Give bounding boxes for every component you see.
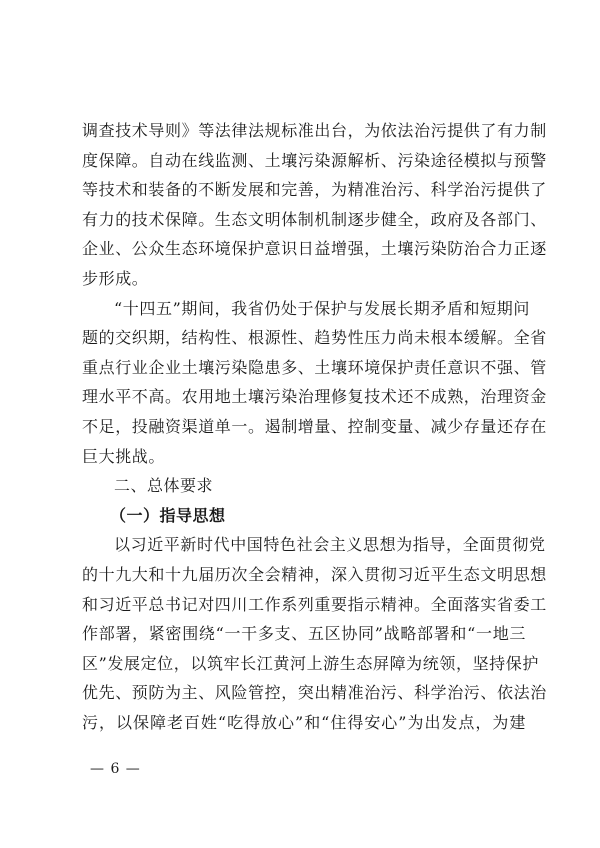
text-line: 区”发展定位，以筑牢长江黄河上游生态屏障为统领，坚持保护 [82, 649, 526, 679]
text-line: 题的交织期，结构性、根源性、趋势性压力尚未根本缓解。全省 [82, 323, 526, 353]
text-line: 巨大挑战。 [82, 442, 526, 472]
paragraph-guiding-ideology: 以习近平新时代中国特色社会主义思想为指导，全面贯彻党 的十九大和十九届历次全会精… [82, 530, 526, 737]
text-line: “十四五”期间，我省仍处于保护与发展长期矛盾和短期问 [82, 294, 526, 324]
text-line: 以习近平新时代中国特色社会主义思想为指导，全面贯彻党 [82, 530, 526, 560]
text-line: 等技术和装备的不断发展和完善，为精准治污、科学治污提供了 [82, 175, 526, 205]
page-content: 调查技术导则》等法律法规标准出台，为依法治污提供了有力制 度保障。自动在线监测、… [82, 116, 526, 737]
text-line: 的十九大和十九届历次全会精神，深入贯彻习近平生态文明思想 [82, 560, 526, 590]
paragraph-legal-technical-support: 调查技术导则》等法律法规标准出台，为依法治污提供了有力制 度保障。自动在线监测、… [82, 116, 526, 294]
paragraph-challenges: “十四五”期间，我省仍处于保护与发展长期矛盾和短期问 题的交织期，结构性、根源性… [82, 294, 526, 472]
section-heading: 二、总体要求 [82, 471, 526, 501]
text-line: 有力的技术保障。生态文明体制机制逐步健全，政府及各部门、 [82, 205, 526, 235]
text-line: 调查技术导则》等法律法规标准出台，为依法治污提供了有力制 [82, 116, 526, 146]
text-line: 作部署，紧密围绕“一干多支、五区协同”战略部署和“一地三 [82, 619, 526, 649]
text-line: 步形成。 [82, 264, 526, 294]
page-number: — 6 — [90, 758, 141, 780]
text-line: 和习近平总书记对四川工作系列重要指示精神。全面落实省委工 [82, 590, 526, 620]
subsection-heading: （一）指导思想 [82, 501, 526, 531]
text-line: 企业、公众生态环境保护意识日益增强，土壤污染防治合力正逐 [82, 234, 526, 264]
document-page: 调查技术导则》等法律法规标准出台，为依法治污提供了有力制 度保障。自动在线监测、… [0, 0, 600, 848]
text-line: 重点行业企业土壤污染隐患多、土壤环境保护责任意识不强、管 [82, 353, 526, 383]
text-line: 污，以保障老百姓“吃得放心”和“住得安心”为出发点，为建 [82, 708, 526, 738]
text-line: 不足，投融资渠道单一。遏制增量、控制变量、减少存量还存在 [82, 412, 526, 442]
text-line: 度保障。自动在线监测、土壤污染源解析、污染途径模拟与预警 [82, 146, 526, 176]
text-line: 优先、预防为主、风险管控，突出精准治污、科学治污、依法治 [82, 678, 526, 708]
text-line: 理水平不高。农用地土壤污染治理修复技术还不成熟，治理资金 [82, 382, 526, 412]
